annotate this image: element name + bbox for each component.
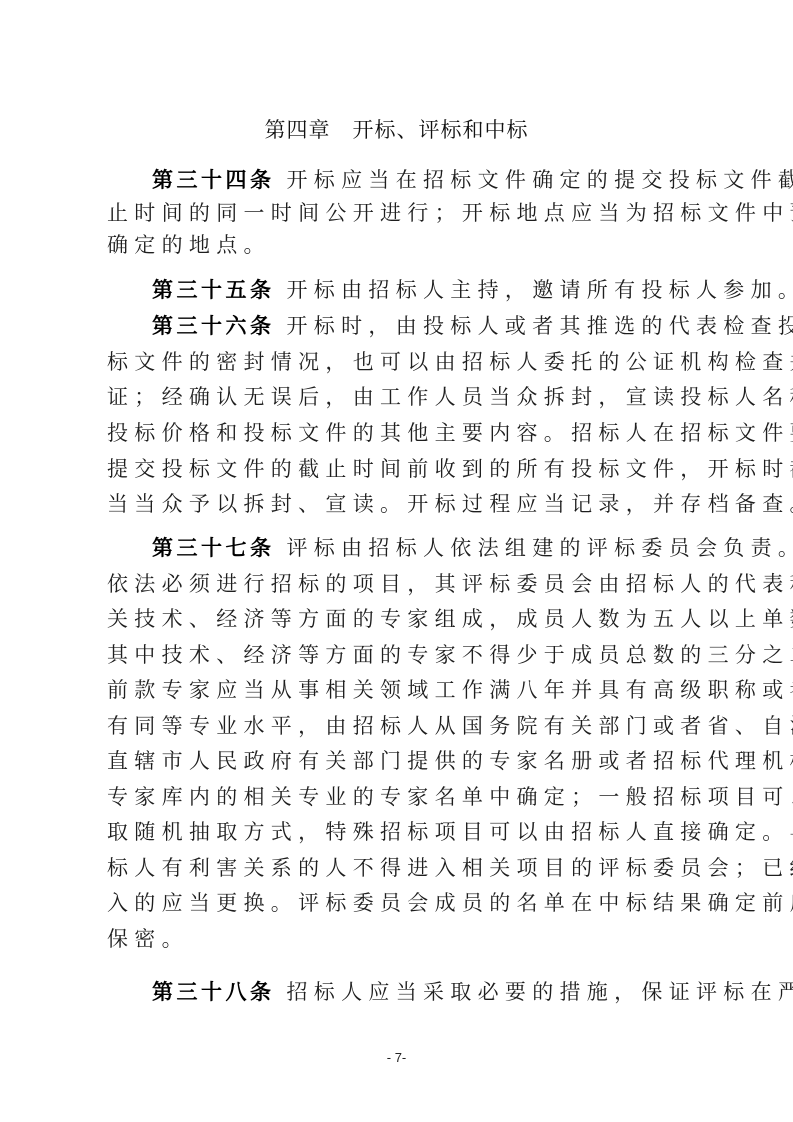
article-38-line-1: 第三十八条招标人应当采取必要的措施，保证评标在严 — [152, 976, 738, 1008]
article-number: 第三十五条 — [152, 278, 275, 302]
article-number: 第三十四条 — [152, 168, 275, 192]
article-37-line-3: 关技术、经济等方面的专家组成，成员人数为五人以上单数， — [107, 603, 693, 635]
article-37-line-4: 其中技术、经济等方面的专家不得少于成员总数的三分之二。 — [107, 639, 693, 671]
article-36-line-3: 证；经确认无误后，由工作人员当众拆封，宣读投标人名称、 — [107, 381, 693, 413]
article-number: 第三十六条 — [152, 314, 275, 338]
article-34-line-2: 止时间的同一时间公开进行；开标地点应当为招标文件中预先 — [107, 197, 693, 229]
article-37-line-7: 直辖市人民政府有关部门提供的专家名册或者招标代理机构的 — [107, 745, 693, 777]
article-36-line-1: 第三十六条开标时，由投标人或者其推选的代表检查投 — [152, 310, 738, 342]
article-text: 开标应当在招标文件确定的提交投标文件截 — [287, 168, 793, 192]
article-37-line-10: 标人有利害关系的人不得进入相关项目的评标委员会；已经进 — [107, 852, 693, 884]
article-36-line-4: 投标价格和投标文件的其他主要内容。招标人在招标文件要求 — [107, 417, 693, 449]
chapter-title: 第四章 开标、评标和中标 — [0, 114, 793, 144]
article-37-line-8: 专家库内的相关专业的专家名单中确定；一般招标项目可以采 — [107, 781, 693, 813]
article-37-line-1: 第三十七条评标由招标人依法组建的评标委员会负责。 — [152, 532, 738, 564]
article-36-line-6: 当当众予以拆封、宣读。开标过程应当记录，并存档备查。 — [107, 488, 693, 520]
article-text: 招标人应当采取必要的措施，保证评标在严 — [287, 980, 793, 1004]
article-text: 评标由招标人依法组建的评标委员会负责。 — [287, 536, 793, 560]
article-36-line-2: 标文件的密封情况，也可以由招标人委托的公证机构检查并公 — [107, 346, 693, 378]
article-37-line-2: 依法必须进行招标的项目，其评标委员会由招标人的代表和有 — [107, 568, 693, 600]
article-37-line-12: 保密。 — [107, 923, 693, 955]
article-text: 开标时，由投标人或者其推选的代表检查投 — [287, 314, 793, 338]
article-37-line-11: 入的应当更换。评标委员会成员的名单在中标结果确定前应当 — [107, 887, 693, 919]
article-text: 开标由招标人主持，邀请所有投标人参加。 — [287, 278, 793, 302]
article-34-line-1: 第三十四条开标应当在招标文件确定的提交投标文件截 — [152, 164, 738, 196]
article-number: 第三十八条 — [152, 980, 275, 1004]
article-number: 第三十七条 — [152, 536, 275, 560]
article-36-line-5: 提交投标文件的截止时间前收到的所有投标文件，开标时都应 — [107, 453, 693, 485]
document-page: 第四章 开标、评标和中标 第三十四条开标应当在招标文件确定的提交投标文件截 止时… — [0, 0, 793, 1122]
article-37-line-6: 有同等专业水平，由招标人从国务院有关部门或者省、自治区、 — [107, 710, 693, 742]
article-37-line-9: 取随机抽取方式，特殊招标项目可以由招标人直接确定。与投 — [107, 816, 693, 848]
article-34-line-3: 确定的地点。 — [107, 229, 693, 261]
article-35-line-1: 第三十五条开标由招标人主持，邀请所有投标人参加。 — [152, 274, 738, 306]
page-number: - 7- — [0, 1050, 793, 1065]
article-37-line-5: 前款专家应当从事相关领域工作满八年并具有高级职称或者具 — [107, 674, 693, 706]
